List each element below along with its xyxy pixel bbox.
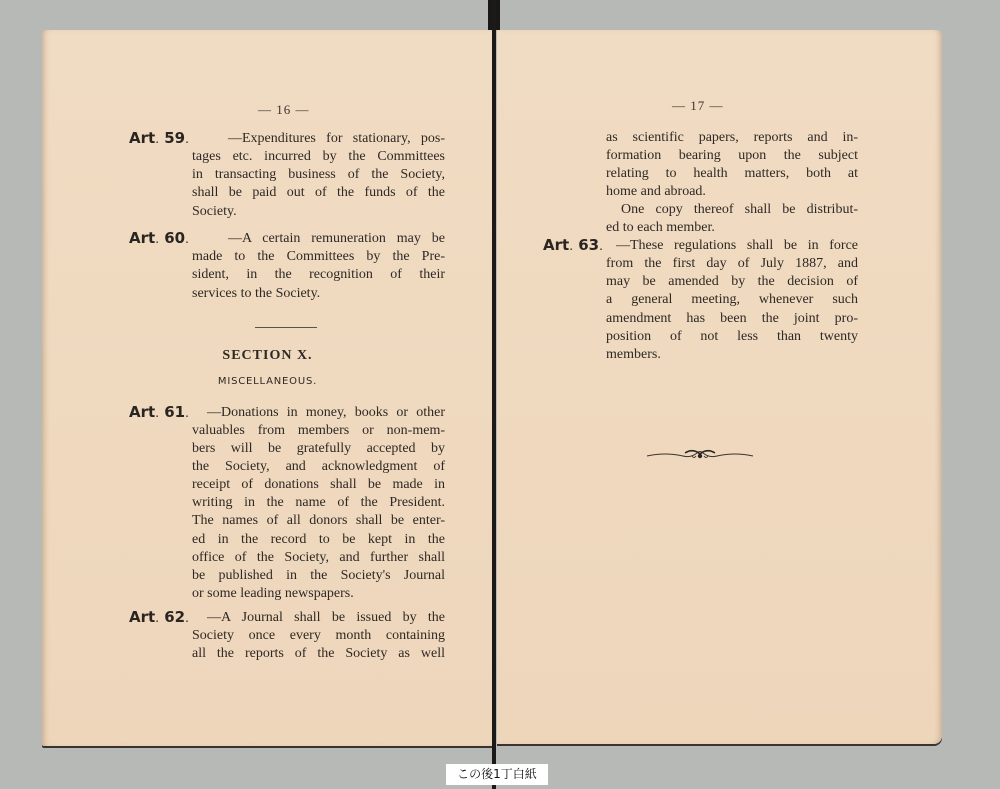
article-62-line: Society once every month containing [192,627,445,645]
article-label-63: Art. 63. [543,236,603,255]
article-label-62: Art. 62. [129,608,189,627]
article-60-line: sident, in the recognition of their [192,266,445,284]
section-divider-rule [255,327,317,328]
article-59-line: —Expenditures for stationary, pos- [228,130,445,148]
ornament-flourish-icon [645,444,755,464]
article-61-line: ed in the record to be kept in the [192,531,445,549]
article-63-line: members. [606,346,858,364]
article-61-line: be published in the Society's Journal [192,567,445,585]
continuation-line: ed to each member. [606,219,858,237]
article-63-line: position of not less than twenty [606,328,858,346]
page-number-right: — 17 — [672,98,724,114]
article-61-line: receipt of donations shall be made in [192,476,445,494]
article-63-line: from the first day of July 1887, and [606,255,858,273]
continuation-line: relating to health matters, both at [606,165,858,183]
book-spine [492,0,496,789]
article-61-line: the Society, and acknowledgment of [192,458,445,476]
page-number-left: — 16 — [258,102,310,118]
article-59-line: in transacting business of the Society, [192,166,445,184]
article-63-line: —These regulations shall be in force [616,237,858,255]
article-61-line: office of the Society, and further shall [192,549,445,567]
article-61-line: —Donations in money, books or other [207,404,445,422]
continuation-line: One copy thereof shall be distribut- [621,201,858,219]
section-title: SECTION X. [42,348,493,364]
article-62-line: —A Journal shall be issued by the [207,609,445,627]
article-59-line: tages etc. incurred by the Committees [192,148,445,166]
article-60-line: made to the Committees by the Pre- [192,248,445,266]
article-63-line: a general meeting, whenever such [606,291,858,309]
article-60-line: services to the Society. [192,285,445,303]
continuation-line: as scientific papers, reports and in- [606,129,858,147]
article-63-line: may be amended by the decision of [606,273,858,291]
article-59-line: Society. [192,203,445,221]
article-label-60: Art. 60. [129,229,189,248]
article-label-61: Art. 61. [129,403,189,422]
article-61-line: The names of all donors shall be enter- [192,512,445,530]
continuation-line: home and abroad. [606,183,858,201]
article-63-line: amendment has been the joint pro- [606,310,858,328]
article-61-line: writing in the name of the President. [192,494,445,512]
article-59-line: shall be paid out of the funds of the [192,184,445,202]
article-60-line: —A certain remuneration may be [228,230,445,248]
section-subtitle: MISCELLANEOUS. [42,376,493,387]
article-61-line: or some leading newspapers. [192,585,445,603]
article-label-59: Art. 59. [129,129,189,148]
article-62-line: all the reports of the Society as well [192,645,445,663]
article-61-line: bers will be gratefully accepted by [192,440,445,458]
article-61-line: valuables from members or non-mem- [192,422,445,440]
caption-label: この後1丁白紙 [446,764,548,785]
continuation-line: formation bearing upon the subject [606,147,858,165]
